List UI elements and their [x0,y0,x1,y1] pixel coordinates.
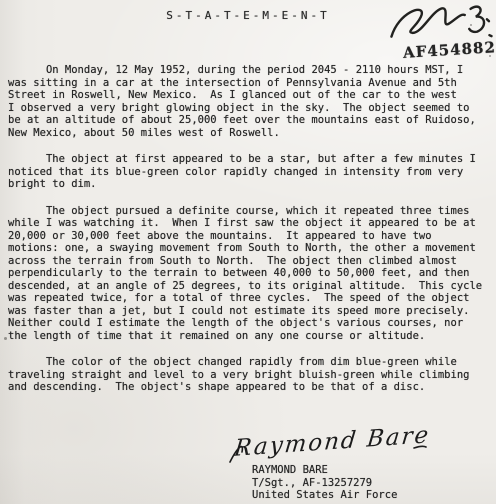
scan-speck [489,55,491,57]
signature-rank-serial: T/Sgt., AF-13257279 [252,477,397,490]
scanned-statement-page: S-T-A-T-E-M-E-N-T AF454882 On Monday, 12… [0,0,496,504]
paragraph-3: The object pursued a definite course, wh… [8,205,492,343]
scan-speck [470,24,472,26]
signature-typed-name: RAYMOND BARE [252,464,397,477]
signature-block: RAYMOND BARE T/Sgt., AF-13257279 United … [252,464,397,502]
signature-service: United States Air Force [252,489,397,502]
scan-speck [4,337,7,340]
statement-body: On Monday, 12 May 1952, during the perio… [8,64,492,408]
handwritten-signature: Raymond Bare [233,422,432,462]
paragraph-1: On Monday, 12 May 1952, during the perio… [8,64,492,139]
paragraph-4: The color of the object changed rapidly … [8,356,492,394]
paragraph-2: The object at first appeared to be a sta… [8,153,492,191]
